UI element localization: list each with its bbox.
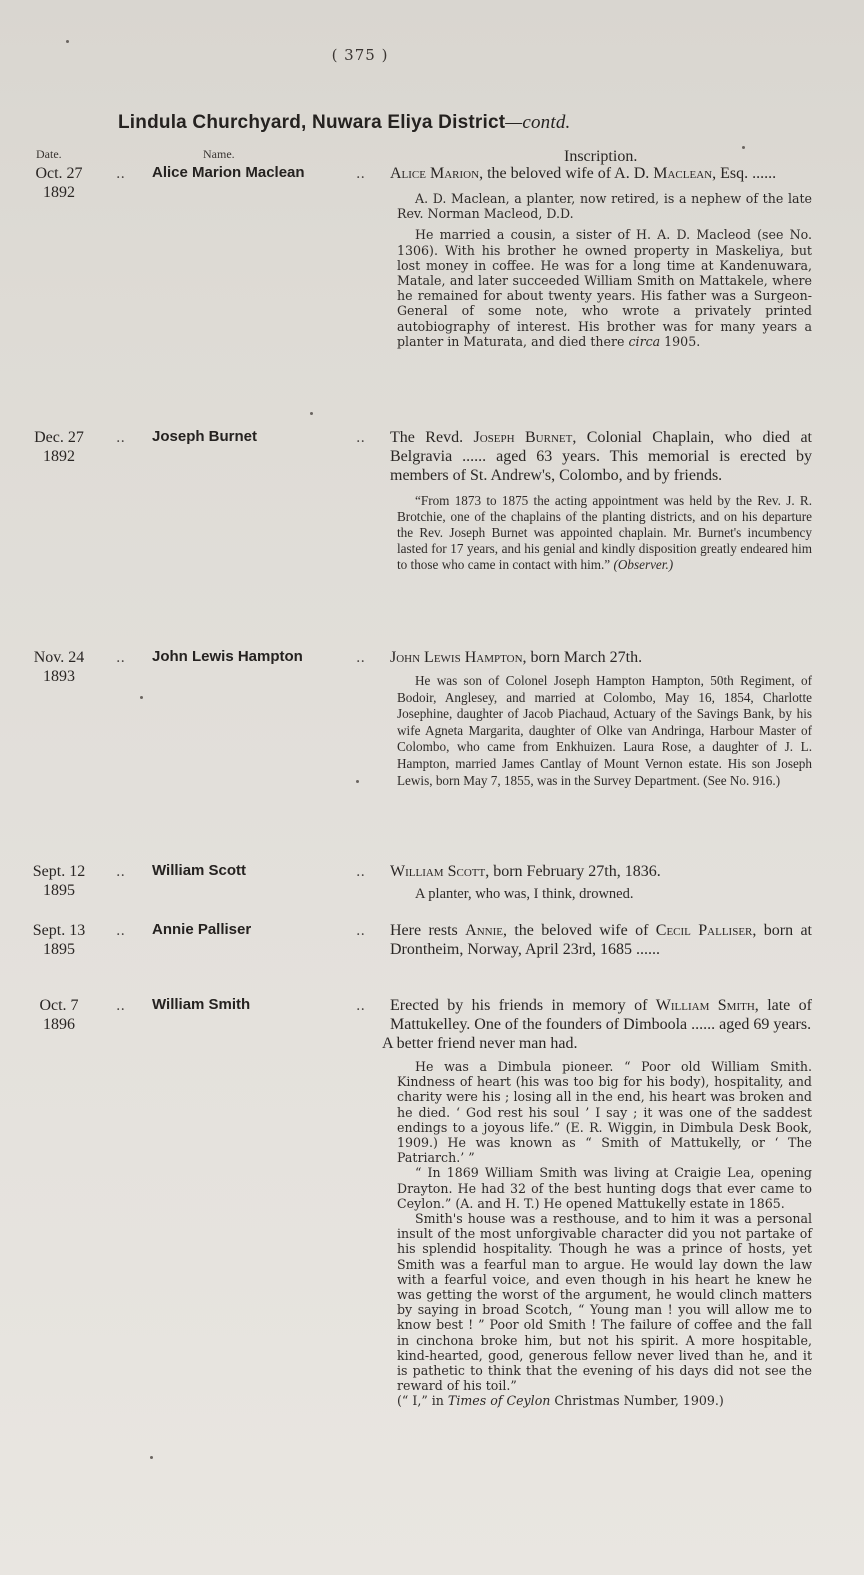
entry-note: “From 1873 to 1875 the acting appointmen… [390,493,812,573]
entry-source: (“ I,” in Times of Ceylon Christmas Numb… [390,1393,812,1408]
entry-inscription: William Scott, born February 27th, 1836.… [390,862,812,903]
title-suffix: —contd. [505,112,570,133]
entry-name: William Scott [152,862,246,879]
entry-note: He was a Dimbula pioneer. “ Poor old Wil… [390,1059,812,1165]
separator-dots: .. [356,166,365,182]
entry-name: Alice Marion Maclean [152,164,305,181]
separator-dots: .. [116,650,125,666]
paper-speck [66,40,69,43]
paper-speck [150,1456,153,1459]
entry-date: Oct. 271892 [24,164,94,202]
entry-date: Sept. 131895 [24,921,94,959]
entry-date: Sept. 121895 [24,862,94,900]
entry-inscription: Here rests Annie, the beloved wife of Ce… [390,921,812,959]
entry-name: William Smith [152,996,250,1013]
separator-dots: .. [116,998,125,1014]
inscription-tail: A better friend never man had. [382,1034,812,1053]
page-title: Lindula Churchyard, Nuwara Eliya Distric… [118,112,571,134]
entry-inscription: John Lewis Hampton, born March 27th. He … [390,648,812,789]
separator-dots: .. [116,166,125,182]
entry-date: Oct. 71896 [24,996,94,1034]
separator-dots: .. [356,923,365,939]
entry-note: Smith's house was a resthouse, and to hi… [390,1211,812,1393]
separator-dots: .. [116,923,125,939]
paper-speck [310,412,313,415]
entry-inscription: The Revd. Joseph Burnet, Colonial Chapla… [390,428,812,573]
entry-name: John Lewis Hampton [152,648,303,665]
column-header-name: Name. [203,147,235,162]
title-main: Lindula Churchyard, Nuwara Eliya Distric… [118,112,505,133]
paper-speck [140,696,143,699]
separator-dots: .. [356,430,365,446]
separator-dots: .. [356,998,365,1014]
entry-note: He married a cousin, a sister of H. A. D… [390,227,812,349]
entry-inscription: Alice Marion, the beloved wife of A. D. … [390,164,812,349]
separator-dots: .. [116,864,125,880]
entry-date: Nov. 241893 [24,648,94,686]
column-header-date: Date. [36,147,62,162]
paper-speck [356,780,359,783]
entry-note: “ In 1869 William Smith was living at Cr… [390,1165,812,1211]
page-number: ( 375 ) [0,46,720,64]
entry-name: Joseph Burnet [152,428,257,445]
entry-name: Annie Palliser [152,921,251,938]
separator-dots: .. [116,430,125,446]
separator-dots: .. [356,864,365,880]
separator-dots: .. [356,650,365,666]
entry-inscription: Erected by his friends in memory of Will… [390,996,812,1409]
paper-speck [742,146,745,149]
entry-note: He was son of Colonel Joseph Hampton Ham… [390,673,812,789]
entry-note: A planter, who was, I think, drowned. [390,885,812,903]
entry-date: Dec. 271892 [24,428,94,466]
entry-note: A. D. Maclean, a planter, now retired, i… [390,191,812,221]
